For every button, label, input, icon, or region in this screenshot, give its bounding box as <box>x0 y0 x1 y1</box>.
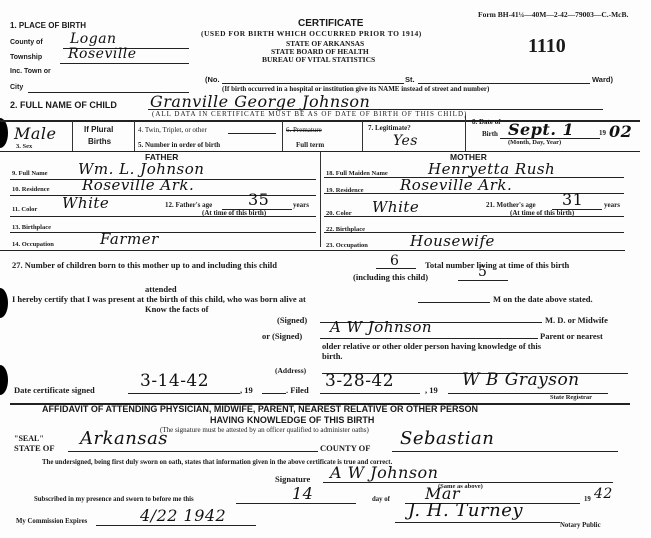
county-of-label: COUNTY OF <box>320 443 370 453</box>
plural-label-2: Births <box>88 137 111 146</box>
date-label-2: Birth <box>482 130 498 138</box>
township-line <box>60 63 189 64</box>
child-name-label: 2. FULL NAME OF CHILD <box>10 100 117 110</box>
mother-age-unit: years <box>604 201 620 209</box>
data-note: (ALL DATA IN CERTIFICATE MUST BE AS OF D… <box>152 110 467 118</box>
father-age-label: 12. Father's age <box>165 201 212 209</box>
year-prefix: 19 <box>599 129 606 137</box>
no-label: (No. <box>205 75 220 84</box>
children-born-value: 6 <box>390 253 399 269</box>
order-label: 5. Number in order of birth <box>138 141 220 149</box>
filed-year: , 19 <box>425 385 438 395</box>
or-signed-value: A W Johnson <box>330 318 432 336</box>
mother-occupation-label: 23. Occupation <box>326 242 368 249</box>
time-line <box>418 302 490 303</box>
state-label: STATE OF <box>14 443 55 453</box>
day-value: 14 <box>292 484 313 503</box>
twin-line <box>228 133 276 134</box>
column-divider <box>320 152 321 247</box>
father-color-value: White <box>62 194 109 212</box>
cell-divider <box>72 121 73 151</box>
notary-year-value: 42 <box>594 486 613 502</box>
mother-residence-value: Roseville Ark. <box>400 176 512 194</box>
form-number: Form BH-41¼—40M—2-42—79003—C.-McB. <box>478 10 628 19</box>
father-residence-label: 10. Residence <box>12 186 50 193</box>
commission-label: My Commission Expires <box>16 518 87 525</box>
cell-divider <box>362 121 363 151</box>
bureau-heading: BUREAU OF VITAL STATISTICS <box>262 55 375 64</box>
registrar-value: W B Grayson <box>462 370 580 390</box>
children-born-label: 27. Number of children born to this moth… <box>12 260 277 270</box>
date-signed-line <box>128 393 240 394</box>
notary-signature: J. H. Turney <box>408 500 523 521</box>
affidavit-note: (The signature must be attested by an of… <box>160 426 369 434</box>
mother-color-line <box>324 216 624 217</box>
county-of-line <box>392 451 618 452</box>
date-label-1: 8. Date of <box>472 118 501 126</box>
subscribed-text: Subscribed in my presence and sworn to b… <box>34 496 194 503</box>
notary-year-prefix: 19 <box>584 496 591 503</box>
father-color-line <box>10 216 316 217</box>
st-line <box>418 83 590 84</box>
city-label: City <box>10 84 23 91</box>
certificate-number: 1110 <box>528 35 566 58</box>
date-signed-label: Date certificate signed <box>14 385 95 395</box>
date-signed-value: 3-14-42 <box>140 371 209 391</box>
mother-occupation-value: Housewife <box>410 232 495 250</box>
mother-name-label: 18. Full Maiden Name <box>326 170 388 177</box>
or-signed-line <box>320 338 538 339</box>
commission-line <box>96 525 256 526</box>
certificate-subtitle: (USED FOR BIRTH WHICH OCCURRED PRIOR TO … <box>201 29 422 38</box>
signature-value: A W Johnson <box>330 463 438 482</box>
registrar-label: State Registrar <box>550 394 592 401</box>
know-text: Know the facts of <box>145 304 209 314</box>
signed-label: (Signed) <box>277 315 307 325</box>
notary-line <box>395 522 560 523</box>
punch-hole <box>0 288 8 318</box>
certify-text-end: M on the date above stated. <box>493 294 593 304</box>
fullterm-label: Full term <box>296 141 324 149</box>
punch-hole <box>0 118 8 148</box>
filed-line <box>320 393 420 394</box>
children-living-line <box>458 280 508 281</box>
father-birthplace-label: 13. Birthplace <box>12 224 51 231</box>
birth-year-value: 02 <box>609 122 632 141</box>
children-living-label-2: (including this child) <box>353 272 428 282</box>
father-age-value: 35 <box>248 190 269 209</box>
father-residence-value: Roseville Ark. <box>82 176 194 194</box>
father-birthplace-line <box>10 232 316 233</box>
date-signed-year: , 19 <box>240 385 253 395</box>
father-residence-line <box>10 195 316 196</box>
day-line <box>236 503 356 504</box>
divider <box>0 250 625 251</box>
father-name-label: 9. Full Name <box>12 170 48 177</box>
township-value: Roseville <box>68 46 137 62</box>
filed-value: 3-28-42 <box>325 371 394 391</box>
father-occupation-value: Farmer <box>100 230 159 248</box>
no-line <box>222 83 404 84</box>
county-of-value: Sebastian <box>400 428 494 449</box>
commission-value: 4/22 1942 <box>140 506 226 525</box>
day-of-label: day of <box>372 496 390 503</box>
ward-label: Ward) <box>592 75 613 84</box>
county-value: Logan <box>70 31 117 47</box>
township-label: Township <box>10 54 42 61</box>
or-signed-label: or (Signed) <box>262 331 302 341</box>
state-value: Arkansas <box>80 428 168 449</box>
seal-label: "SEAL" <box>14 434 44 443</box>
mother-age-value: 31 <box>562 190 583 209</box>
date-hint: (Month, Day, Year) <box>508 139 561 146</box>
cell-divider <box>134 121 135 151</box>
attended-text: attended <box>145 284 177 294</box>
twin-label: 4. Twin, Triplet, or other <box>138 126 207 134</box>
address-label: (Address) <box>275 366 306 375</box>
date-signed-year-line <box>262 393 286 394</box>
certify-text: I hereby certify that I was present at t… <box>12 294 306 304</box>
father-age-unit: years <box>293 201 309 209</box>
father-occupation-label: 14. Occupation <box>12 241 54 248</box>
premature-label: 6. Premature <box>286 126 322 134</box>
legitimate-value: Yes <box>393 133 418 149</box>
children-living-value: 5 <box>478 264 487 280</box>
parent-label: Parent or nearest <box>540 331 603 341</box>
affidavit-title-1: AFFIDAVIT OF ATTENDING PHYSICIAN, MIDWIF… <box>42 404 478 414</box>
cell-divider <box>282 121 283 151</box>
birth-date-value: Sept. 1 <box>508 120 574 139</box>
parent-label-3: birth. <box>322 351 343 361</box>
legitimate-label: 7. Legitimate? <box>368 124 411 132</box>
mother-age-label: 21. Mother's age <box>486 201 536 209</box>
state-line <box>68 451 318 452</box>
md-label: M. D. or Midwife <box>545 315 608 325</box>
cell-divider <box>465 115 466 151</box>
parent-label-2: older relative or other older person hav… <box>322 341 541 351</box>
place-of-birth-heading: 1. PLACE OF BIRTH <box>10 21 86 30</box>
certificate-title: CERTIFICATE <box>298 18 363 29</box>
sex-value: Male <box>14 124 57 143</box>
notary-label: Notary Public <box>560 522 601 529</box>
punch-hole <box>0 365 8 395</box>
sex-label: 3. Sex <box>16 143 32 150</box>
signature-label: Signature <box>275 474 310 484</box>
father-color-label: 11. Color <box>12 206 37 213</box>
town-label: Inc. Town or <box>10 68 51 75</box>
plural-label-1: If Plural <box>84 125 113 134</box>
filed-label: . Filed <box>286 385 309 395</box>
children-living-label: Total number living at time of this birt… <box>425 260 569 270</box>
mother-color-value: White <box>372 198 419 216</box>
county-label: County of <box>10 39 43 46</box>
st-label: St. <box>405 75 415 84</box>
affidavit-title-2: HAVING KNOWLEDGE OF THIS BIRTH <box>210 415 374 425</box>
